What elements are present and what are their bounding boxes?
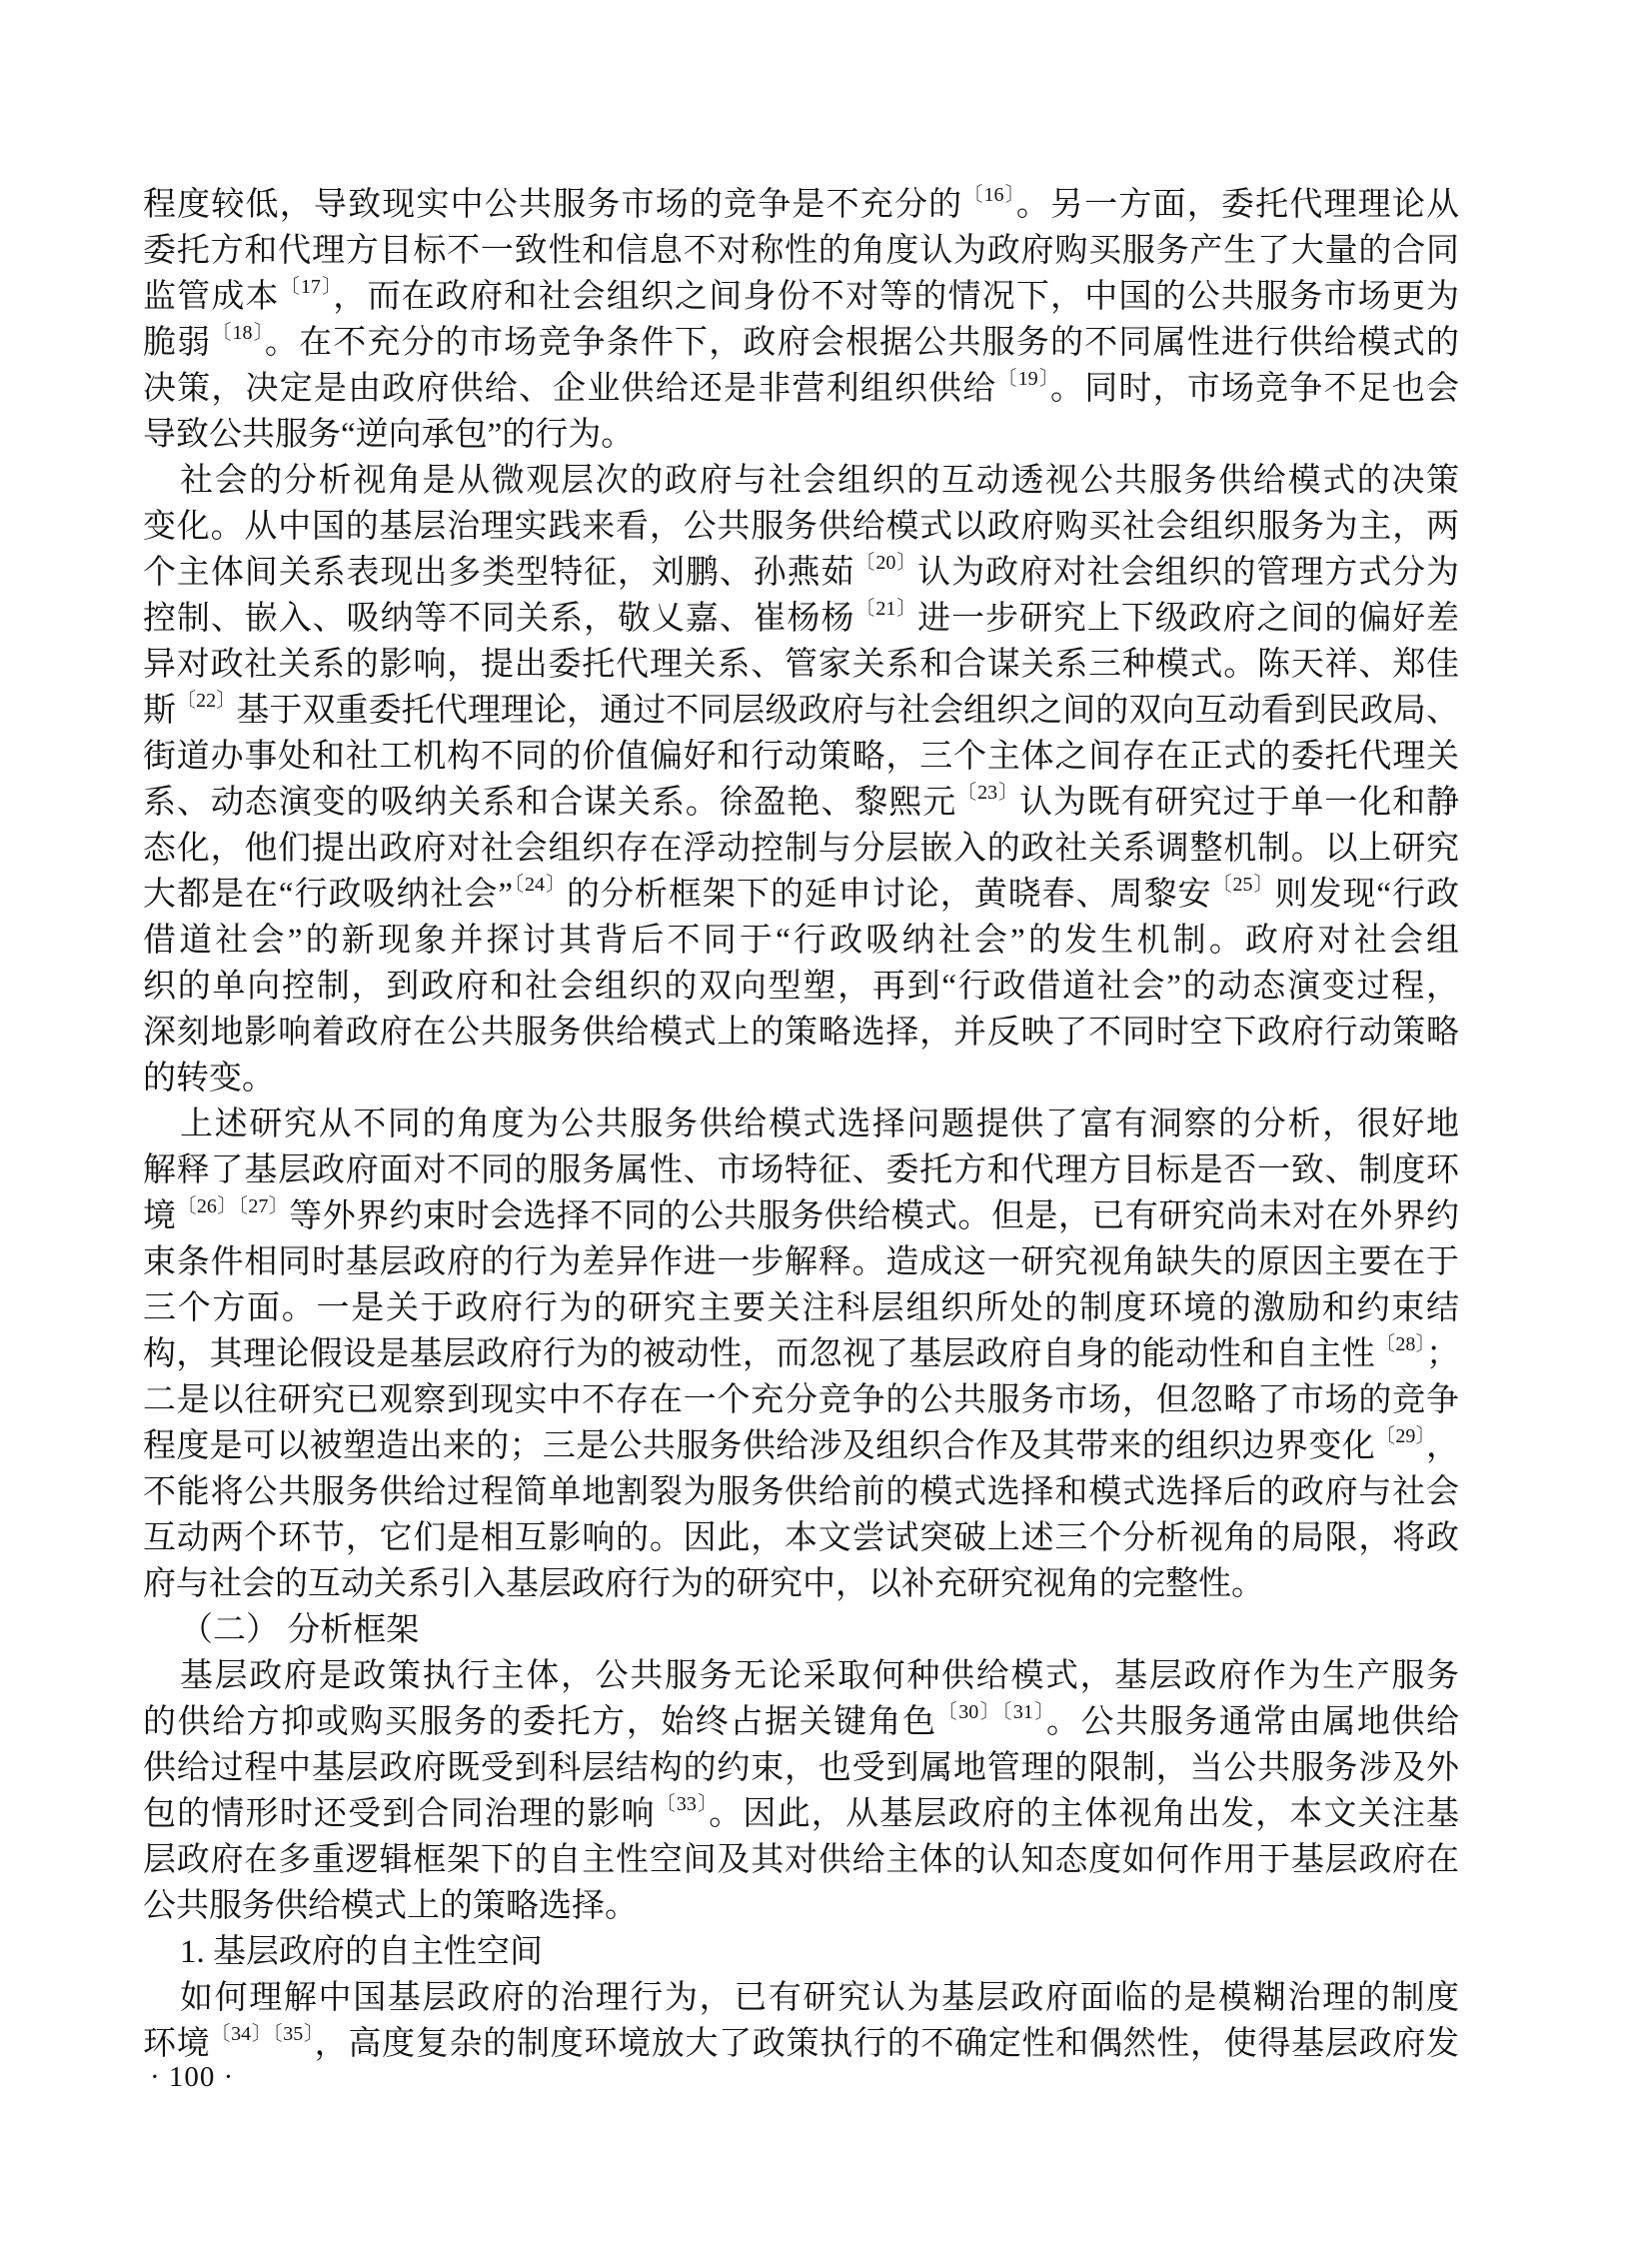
citation-ref: 〔34〕〔35〕 (210, 2023, 314, 2045)
text-line: 程度是可以被塑造出来的；三是公共服务供给涉及组织合作及其带来的组织边界变化〔29… (143, 1423, 1459, 1469)
article-body: 程度较低，导致现实中公共服务市场的竞争是不充分的〔16〕。另一方面，委托代理理论… (143, 182, 1459, 2067)
text-line: 系、动态演变的吸纳关系和合谋关系。徐盈艳、黎熙元〔23〕认为既有研究过于单一化和… (143, 780, 1459, 826)
text-run: 供给过程中基层政府既受到科层结构的约束，也受到属地管理的限制，当公共服务涉及外 (143, 1750, 1459, 1786)
text-run: 的供给方抑或购买服务的委托方，始终占据关键角色 (143, 1704, 937, 1740)
text-run: 委托方和代理方目标不一致性和信息不对称性的角度认为政府购买服务产生了大量的合同 (143, 233, 1459, 269)
text-run: ，高度复杂的制度环境放大了政策执行的不确定性和偶然性，使得基层政府发 (315, 2026, 1459, 2062)
text-run: 二是以往研究已观察到现实中不存在一个充分竞争的公共服务市场，但忽略了市场的竞争 (143, 1382, 1459, 1418)
document-page: 程度较低，导致现实中公共服务市场的竞争是不充分的〔16〕。另一方面，委托代理理论… (0, 0, 1652, 2243)
text-run: 社会的分析视角是从微观层次的政府与社会组织的互动透视公共服务供给模式的决策 (180, 463, 1459, 499)
text-line: 态化，他们提出政府对社会组织存在浮动控制与分层嵌入的政社关系调整机制。以上研究 (143, 826, 1459, 872)
text-line: 深刻地影响着政府在公共服务供给模式上的策略选择，并反映了不同时空下政府行动策略 (143, 1010, 1459, 1056)
text-line: 借道社会”的新现象并探讨其背后不同于“行政吸纳社会”的发生机制。政府对社会组 (143, 918, 1459, 964)
text-line: 基层政府是政策执行主体，公共服务无论采取何种供给模式，基层政府作为生产服务 (143, 1653, 1459, 1699)
text-run: 上述研究从不同的角度为公共服务供给模式选择问题提供了富有洞察的分析，很好地 (180, 1107, 1459, 1142)
citation-ref: 〔25〕 (1212, 874, 1275, 896)
text-run: 。公共服务通常由属地供给 (1046, 1704, 1459, 1740)
citation-ref: 〔24〕 (513, 874, 567, 896)
text-run: 织的单向控制，到政府和社会组织的双向型塑，再到“行政借道社会”的动态演变过程， (143, 969, 1459, 1005)
text-run: 控制、嵌入、吸纳等不同关系，敬乂嘉、崔杨杨 (143, 601, 854, 637)
text-run: 层政府在多重逻辑框架下的自主性空间及其对供给主体的认知态度如何作用于基层政府在 (143, 1842, 1459, 1878)
text-line: 层政府在多重逻辑框架下的自主性空间及其对供给主体的认知态度如何作用于基层政府在 (143, 1837, 1459, 1883)
text-line: 变化。从中国的基层治理实践来看，公共服务供给模式以政府购买社会组织服务为主，两 (143, 504, 1459, 550)
text-run: 。在不充分的市场竞争条件下，政府会根据公共服务的不同属性进行供给模式的 (265, 325, 1459, 361)
text-line: 导致公共服务“逆向承包”的行为。 (143, 412, 1459, 458)
text-run: 的分析框架下的延申讨论，黄晓春、周黎安 (567, 877, 1212, 913)
text-run: 环境 (143, 2026, 210, 2062)
text-run: 。因此，从基层政府的主体视角出发，本文关注基 (709, 1796, 1459, 1832)
text-run: 大都是在“行政吸纳社会” (143, 877, 513, 913)
text-run: （二） 分析框架 (180, 1612, 419, 1648)
text-run: 如何理解中国基层政府的治理行为，已有研究认为基层政府面临的是模糊治理的制度 (180, 1980, 1459, 2016)
text-run: 则发现“行政 (1274, 877, 1459, 913)
text-run: 斯 (143, 693, 176, 729)
text-run: 1. 基层政府的自主性空间 (180, 1934, 543, 1970)
citation-ref: 〔17〕 (280, 276, 334, 298)
text-run: 基层政府是政策执行主体，公共服务无论采取何种供给模式，基层政府作为生产服务 (180, 1658, 1459, 1694)
text-line: 异对政社关系的影响，提出委托代理关系、管家关系和合谋关系三种模式。陈天祥、郑佳 (143, 642, 1459, 688)
citation-ref: 〔30〕〔31〕 (937, 1701, 1046, 1723)
text-line: （二） 分析框架 (143, 1607, 1459, 1653)
text-run: 程度较低，导致现实中公共服务市场的竞争是不充分的 (143, 187, 962, 223)
text-run: 互动两个环节，它们是相互影响的。因此，本文尝试突破上述三个分析视角的局限，将政 (143, 1520, 1459, 1556)
text-run: ， (1426, 1428, 1459, 1464)
citation-ref: 〔18〕 (211, 322, 265, 344)
text-line: 境〔26〕〔27〕等外界约束时会选择不同的公共服务供给模式。但是，已有研究尚未对… (143, 1193, 1459, 1239)
text-line: 供给过程中基层政府既受到科层结构的约束，也受到属地管理的限制，当公共服务涉及外 (143, 1745, 1459, 1791)
text-line: 解释了基层政府面对不同的服务属性、市场特征、委托方和代理方目标是否一致、制度环 (143, 1147, 1459, 1193)
text-line: 环境〔34〕〔35〕，高度复杂的制度环境放大了政策执行的不确定性和偶然性，使得基… (143, 2021, 1459, 2067)
text-run: 态化，他们提出政府对社会组织存在浮动控制与分层嵌入的政社关系调整机制。以上研究 (143, 831, 1459, 867)
citation-ref: 〔22〕 (176, 690, 236, 712)
text-run: 构，其理论假设是基层政府行为的被动性，而忽视了基层政府自身的能动性和自主性 (143, 1336, 1375, 1372)
text-run: 深刻地影响着政府在公共服务供给模式上的策略选择，并反映了不同时空下政府行动策略 (143, 1015, 1459, 1051)
text-run: 个主体间关系表现出多类型特征，刘鹏、孙燕茹 (143, 555, 854, 591)
citation-ref: 〔29〕 (1375, 1425, 1426, 1447)
citation-ref: 〔28〕 (1375, 1333, 1426, 1355)
text-run: 街道办事处和社工机构不同的价值偏好和行动策略，三个主体之间存在正式的委托代理关 (143, 739, 1459, 775)
text-run: 变化。从中国的基层治理实践来看，公共服务供给模式以政府购买社会组织服务为主，两 (143, 509, 1459, 545)
text-line: 二是以往研究已观察到现实中不存在一个充分竞争的公共服务市场，但忽略了市场的竞争 (143, 1377, 1459, 1423)
text-run: ，而在政府和社会组织之间身份不对等的情况下，中国的公共服务市场更为 (333, 279, 1459, 315)
text-run: 异对政社关系的影响，提出委托代理关系、管家关系和合谋关系三种模式。陈天祥、郑佳 (143, 647, 1459, 683)
citation-ref: 〔16〕 (962, 184, 1016, 206)
text-run: 借道社会”的新现象并探讨其背后不同于“行政吸纳社会”的发生机制。政府对社会组 (143, 923, 1459, 959)
text-line: 的转变。 (143, 1056, 1459, 1102)
text-line: 监管成本〔17〕，而在政府和社会组织之间身份不对等的情况下，中国的公共服务市场更… (143, 274, 1459, 320)
text-line: 脆弱〔18〕。在不充分的市场竞争条件下，政府会根据公共服务的不同属性进行供给模式… (143, 320, 1459, 366)
text-line: 控制、嵌入、吸纳等不同关系，敬乂嘉、崔杨杨〔21〕进一步研究上下级政府之间的偏好… (143, 596, 1459, 642)
text-line: 程度较低，导致现实中公共服务市场的竞争是不充分的〔16〕。另一方面，委托代理理论… (143, 182, 1459, 228)
text-line: 斯〔22〕基于双重委托代理理论，通过不同层级政府与社会组织之间的双向互动看到民政… (143, 688, 1459, 734)
text-run: 三个方面。一是关于政府行为的研究主要关注科层组织所处的制度环境的激励和约束结 (143, 1290, 1459, 1326)
text-run: 的转变。 (143, 1061, 275, 1097)
text-line: 1. 基层政府的自主性空间 (143, 1929, 1459, 1975)
citation-ref: 〔21〕 (854, 598, 917, 620)
text-line: 如何理解中国基层政府的治理行为，已有研究认为基层政府面临的是模糊治理的制度 (143, 1975, 1459, 2021)
citation-ref: 〔23〕 (956, 782, 1019, 804)
citation-ref: 〔33〕 (656, 1793, 710, 1815)
text-run: 基于双重委托代理理论，通过不同层级政府与社会组织之间的双向互动看到民政局、 (236, 693, 1459, 729)
text-run: 认为既有研究过于单一化和静 (1019, 785, 1459, 821)
text-run: 不能将公共服务供给过程简单地割裂为服务供给前的模式选择和模式选择后的政府与社会 (143, 1474, 1459, 1510)
text-line: 互动两个环节，它们是相互影响的。因此，本文尝试突破上述三个分析视角的局限，将政 (143, 1515, 1459, 1561)
text-run: 。另一方面，委托代理理论从 (1016, 187, 1459, 223)
text-line: 街道办事处和社工机构不同的价值偏好和行动策略，三个主体之间存在正式的委托代理关 (143, 734, 1459, 780)
text-line: 大都是在“行政吸纳社会”〔24〕的分析框架下的延申讨论，黄晓春、周黎安〔25〕则… (143, 872, 1459, 918)
text-run: 解释了基层政府面对不同的服务属性、市场特征、委托方和代理方目标是否一致、制度环 (143, 1152, 1459, 1188)
text-line: 的供给方抑或购买服务的委托方，始终占据关键角色〔30〕〔31〕。公共服务通常由属… (143, 1699, 1459, 1745)
text-line: 包的情形时还受到合同治理的影响〔33〕。因此，从基层政府的主体视角出发，本文关注… (143, 1791, 1459, 1837)
text-run: 进一步研究上下级政府之间的偏好差 (917, 601, 1459, 637)
text-line: 个主体间关系表现出多类型特征，刘鹏、孙燕茹〔20〕认为政府对社会组织的管理方式分… (143, 550, 1459, 596)
text-line: 束条件相同时基层政府的行为差异作进一步解释。造成这一研究视角缺失的原因主要在于 (143, 1239, 1459, 1285)
citation-ref: 〔19〕 (997, 368, 1051, 390)
text-run: 束条件相同时基层政府的行为差异作进一步解释。造成这一研究视角缺失的原因主要在于 (143, 1244, 1459, 1280)
text-run: ； (1426, 1336, 1459, 1372)
text-run: 程度是可以被塑造出来的；三是公共服务供给涉及组织合作及其带来的组织边界变化 (143, 1428, 1375, 1464)
text-run: 。同时，市场竞争不足也会 (1050, 371, 1459, 407)
page-number: · 100 · (150, 2061, 234, 2094)
text-line: 构，其理论假设是基层政府行为的被动性，而忽视了基层政府自身的能动性和自主性〔28… (143, 1331, 1459, 1377)
text-run: 决策，决定是由政府供给、企业供给还是非营利组织供给 (143, 371, 997, 407)
text-line: 不能将公共服务供给过程简单地割裂为服务供给前的模式选择和模式选择后的政府与社会 (143, 1469, 1459, 1515)
text-run: 系、动态演变的吸纳关系和合谋关系。徐盈艳、黎熙元 (143, 785, 956, 821)
text-run: 脆弱 (143, 325, 211, 361)
text-run: 认为政府对社会组织的管理方式分为 (917, 555, 1459, 591)
citation-ref: 〔26〕〔27〕 (176, 1195, 289, 1217)
text-line: 社会的分析视角是从微观层次的政府与社会组织的互动透视公共服务供给模式的决策 (143, 458, 1459, 504)
text-run: 府与社会的互动关系引入基层政府行为的研究中，以补充研究视角的完整性。 (143, 1566, 1264, 1602)
text-line: 织的单向控制，到政府和社会组织的双向型塑，再到“行政借道社会”的动态演变过程， (143, 964, 1459, 1010)
text-line: 决策，决定是由政府供给、企业供给还是非营利组织供给〔19〕。同时，市场竞争不足也… (143, 366, 1459, 412)
text-run: 导致公共服务“逆向承包”的行为。 (143, 417, 634, 453)
text-line: 三个方面。一是关于政府行为的研究主要关注科层组织所处的制度环境的激励和约束结 (143, 1285, 1459, 1331)
text-line: 府与社会的互动关系引入基层政府行为的研究中，以补充研究视角的完整性。 (143, 1561, 1459, 1607)
text-run: 等外界约束时会选择不同的公共服务供给模式。但是，已有研究尚未对在外界约 (289, 1198, 1459, 1234)
text-line: 公共服务供给模式上的策略选择。 (143, 1883, 1459, 1929)
text-run: 监管成本 (143, 279, 280, 315)
text-run: 公共服务供给模式上的策略选择。 (143, 1888, 638, 1924)
text-run: 包的情形时还受到合同治理的影响 (143, 1796, 656, 1832)
text-line: 上述研究从不同的角度为公共服务供给模式选择问题提供了富有洞察的分析，很好地 (143, 1102, 1459, 1147)
text-run: 境 (143, 1198, 176, 1234)
citation-ref: 〔20〕 (854, 552, 917, 574)
text-line: 委托方和代理方目标不一致性和信息不对称性的角度认为政府购买服务产生了大量的合同 (143, 228, 1459, 274)
